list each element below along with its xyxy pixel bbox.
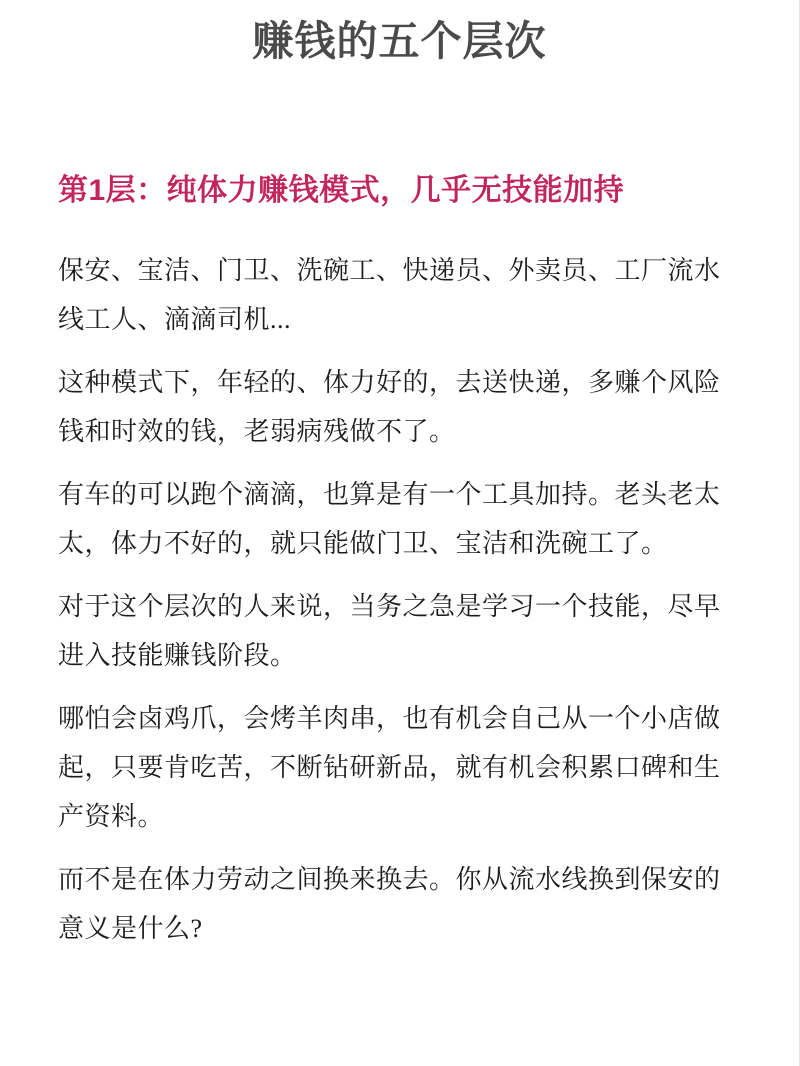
body-text: 保安、宝洁、门卫、洗碗工、快递员、外卖员、工厂流水线工人、滴滴司机... 这种模… [58, 246, 745, 953]
content-area: 第1层：纯体力赚钱模式，几乎无技能加持 保安、宝洁、门卫、洗碗工、快递员、外卖员… [0, 171, 799, 953]
paragraph-closing-question: 而不是在体力劳动之间换来换去。你从流水线换到保安的意义是什么? [58, 855, 745, 953]
document-page: 赚钱的五个层次 第1层：纯体力赚钱模式，几乎无技能加持 保安、宝洁、门卫、洗碗工… [0, 0, 800, 1066]
paragraph-small-shop-example: 哪怕会卤鸡爪，会烤羊肉串，也有机会自己从一个小店做起，只要肯吃苦，不断钻研新品，… [58, 694, 745, 841]
paragraph-didi-tool: 有车的可以跑个滴滴，也算是有一个工具加持。老头老太太，体力不好的，就只能做门卫、… [58, 470, 745, 568]
paragraph-learn-skill-advice: 对于这个层次的人来说，当务之急是学习一个技能，尽早进入技能赚钱阶段。 [58, 582, 745, 680]
paragraph-jobs-list: 保安、宝洁、门卫、洗碗工、快递员、外卖员、工厂流水线工人、滴滴司机... [58, 246, 745, 344]
section-heading-level-1: 第1层：纯体力赚钱模式，几乎无技能加持 [58, 171, 745, 211]
page-title: 赚钱的五个层次 [0, 16, 799, 66]
paragraph-mode-description: 这种模式下，年轻的、体力好的，去送快递，多赚个风险钱和时效的钱，老弱病残做不了。 [58, 358, 745, 456]
